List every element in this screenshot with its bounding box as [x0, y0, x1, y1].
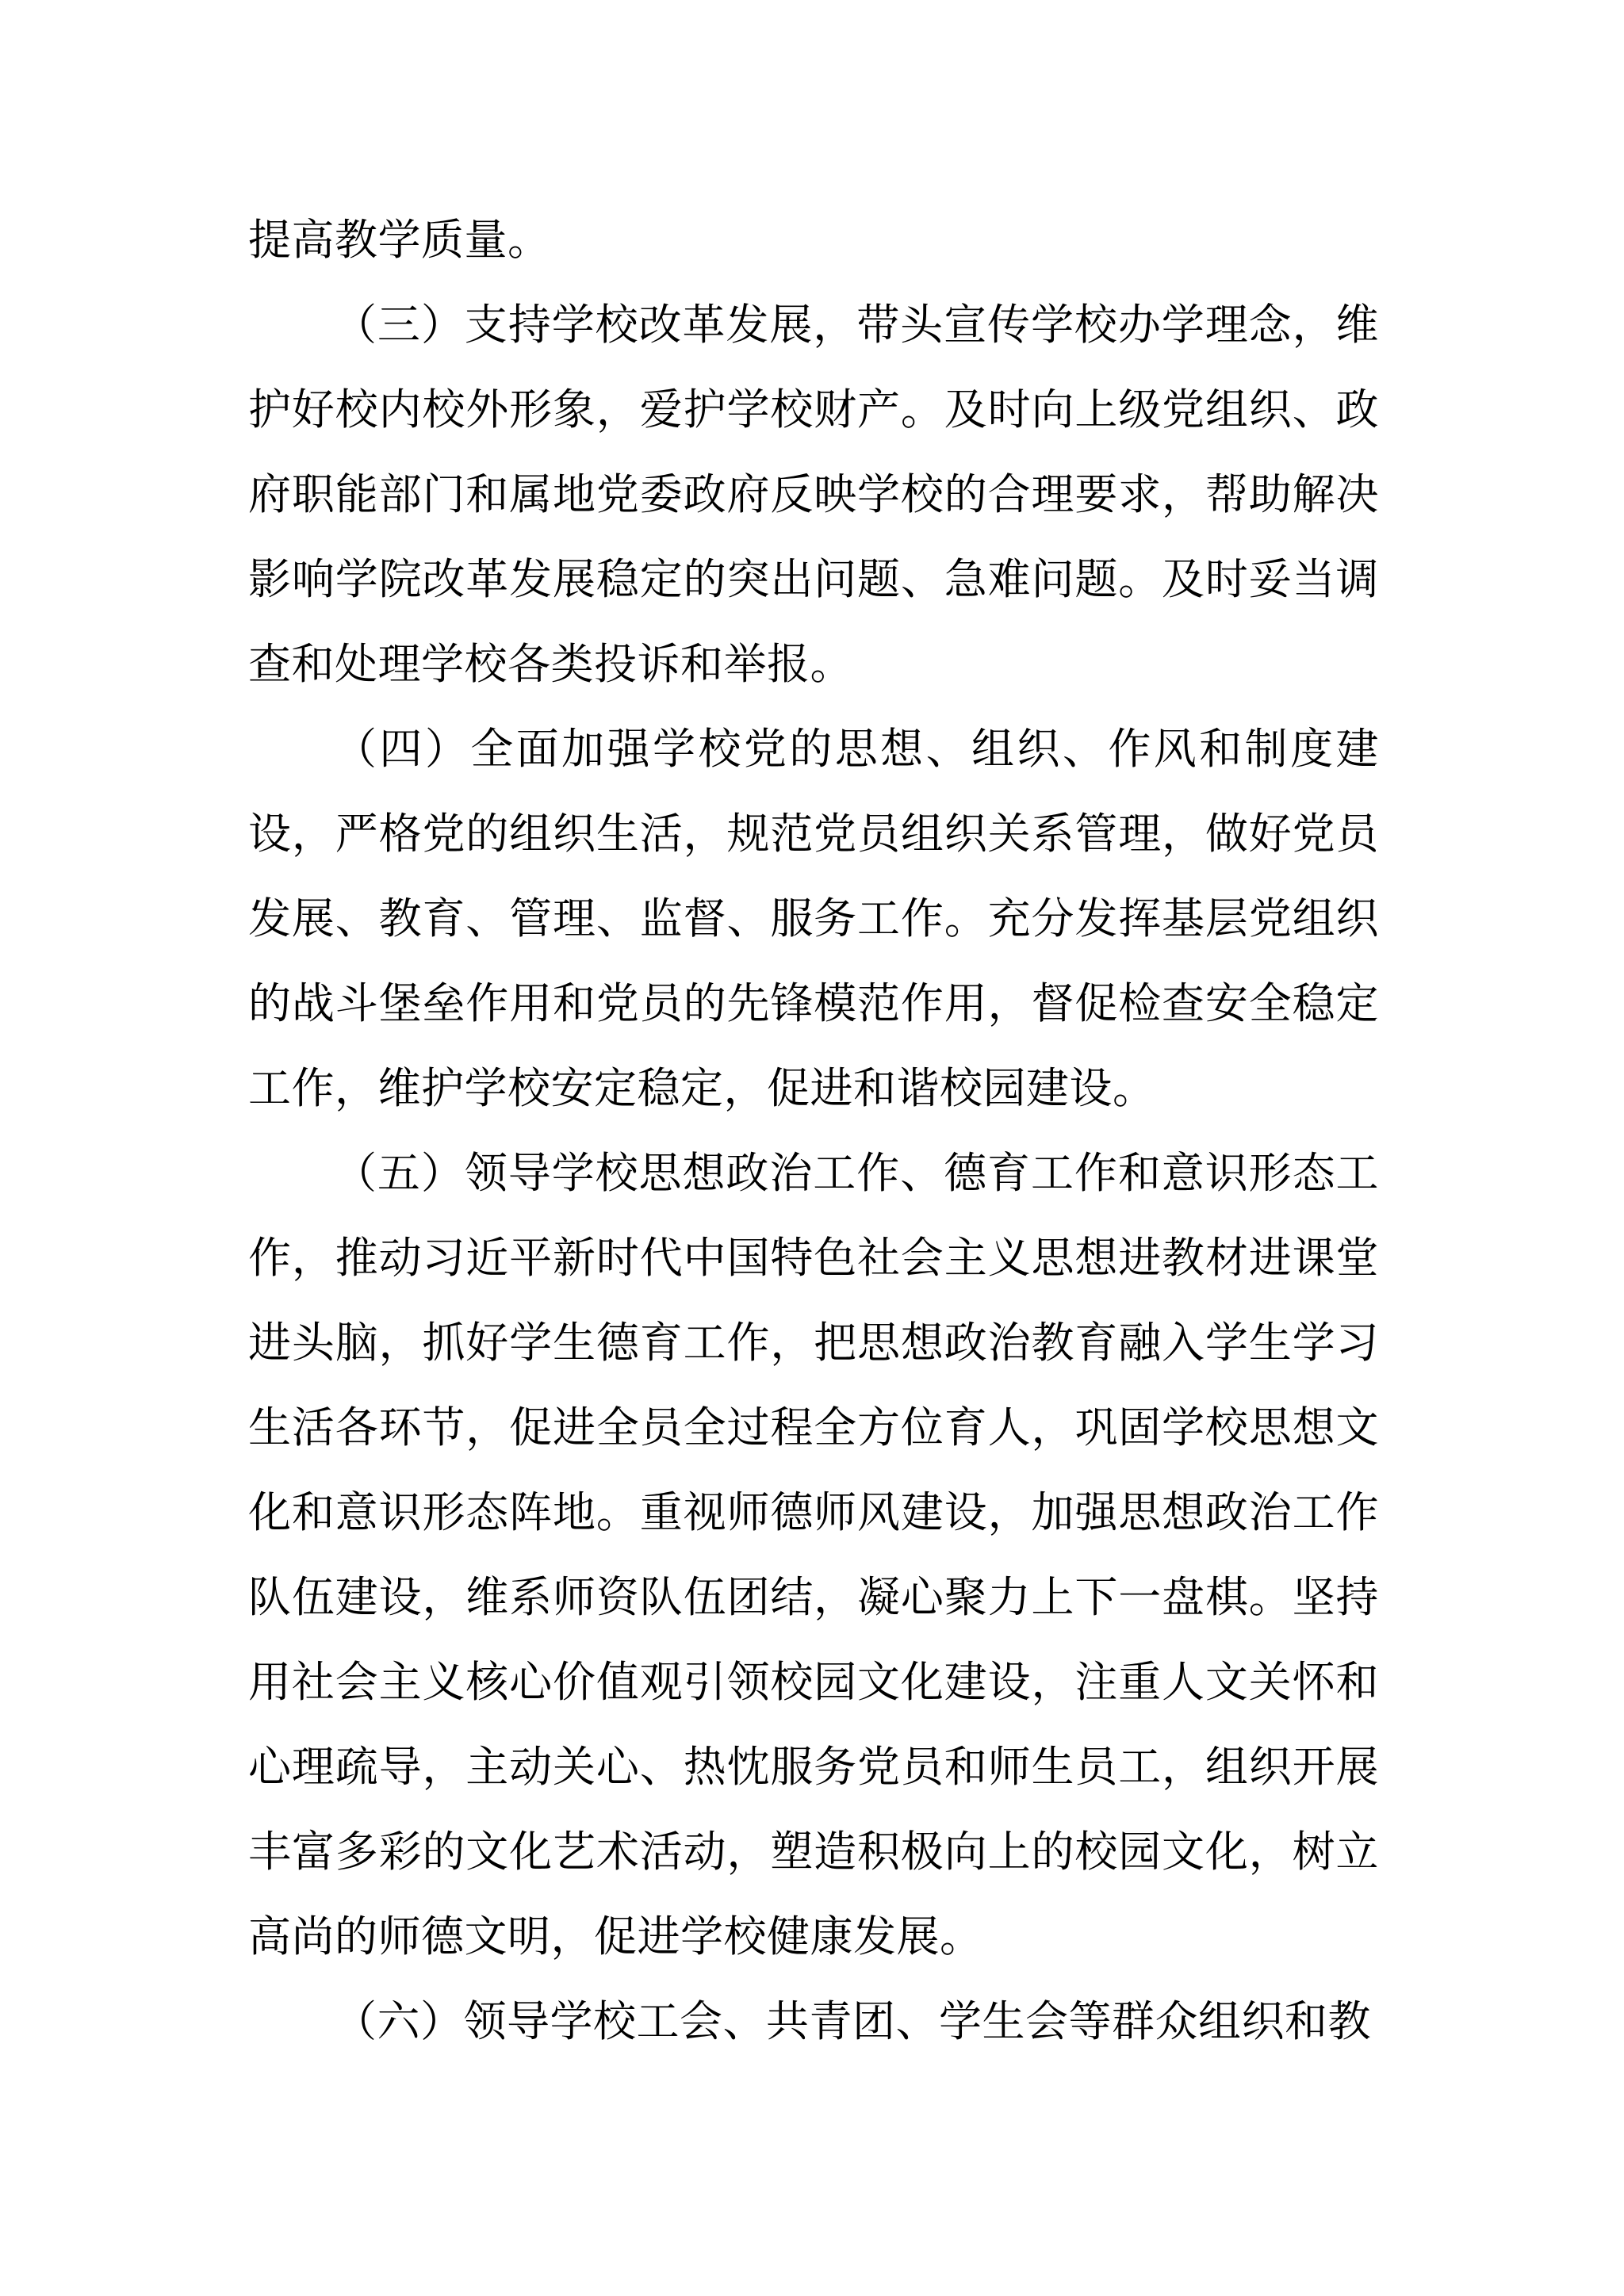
document-body-text: 提高教学质量。 （三）支持学校改革发展，带头宣传学校办学理念，维护好校内校外形象… — [248, 198, 1379, 2064]
paragraph-item-3: （三）支持学校改革发展，带头宣传学校办学理念，维护好校内校外形象，爱护学校财产。… — [248, 283, 1379, 707]
paragraph-continuation: 提高教学质量。 — [248, 198, 1379, 283]
paragraph-item-5: （五）领导学校思想政治工作、德育工作和意识形态工作，推动习近平新时代中国特色社会… — [248, 1131, 1379, 1980]
paragraph-item-4: （四）全面加强学校党的思想、组织、作风和制度建设，严格党的组织生活，规范党员组织… — [248, 707, 1379, 1131]
document-page: 提高教学质量。 （三）支持学校改革发展，带头宣传学校办学理念，维护好校内校外形象… — [0, 0, 1624, 2296]
paragraph-item-6: （六）领导学校工会、共青团、学生会等群众组织和教 — [248, 1980, 1379, 2064]
